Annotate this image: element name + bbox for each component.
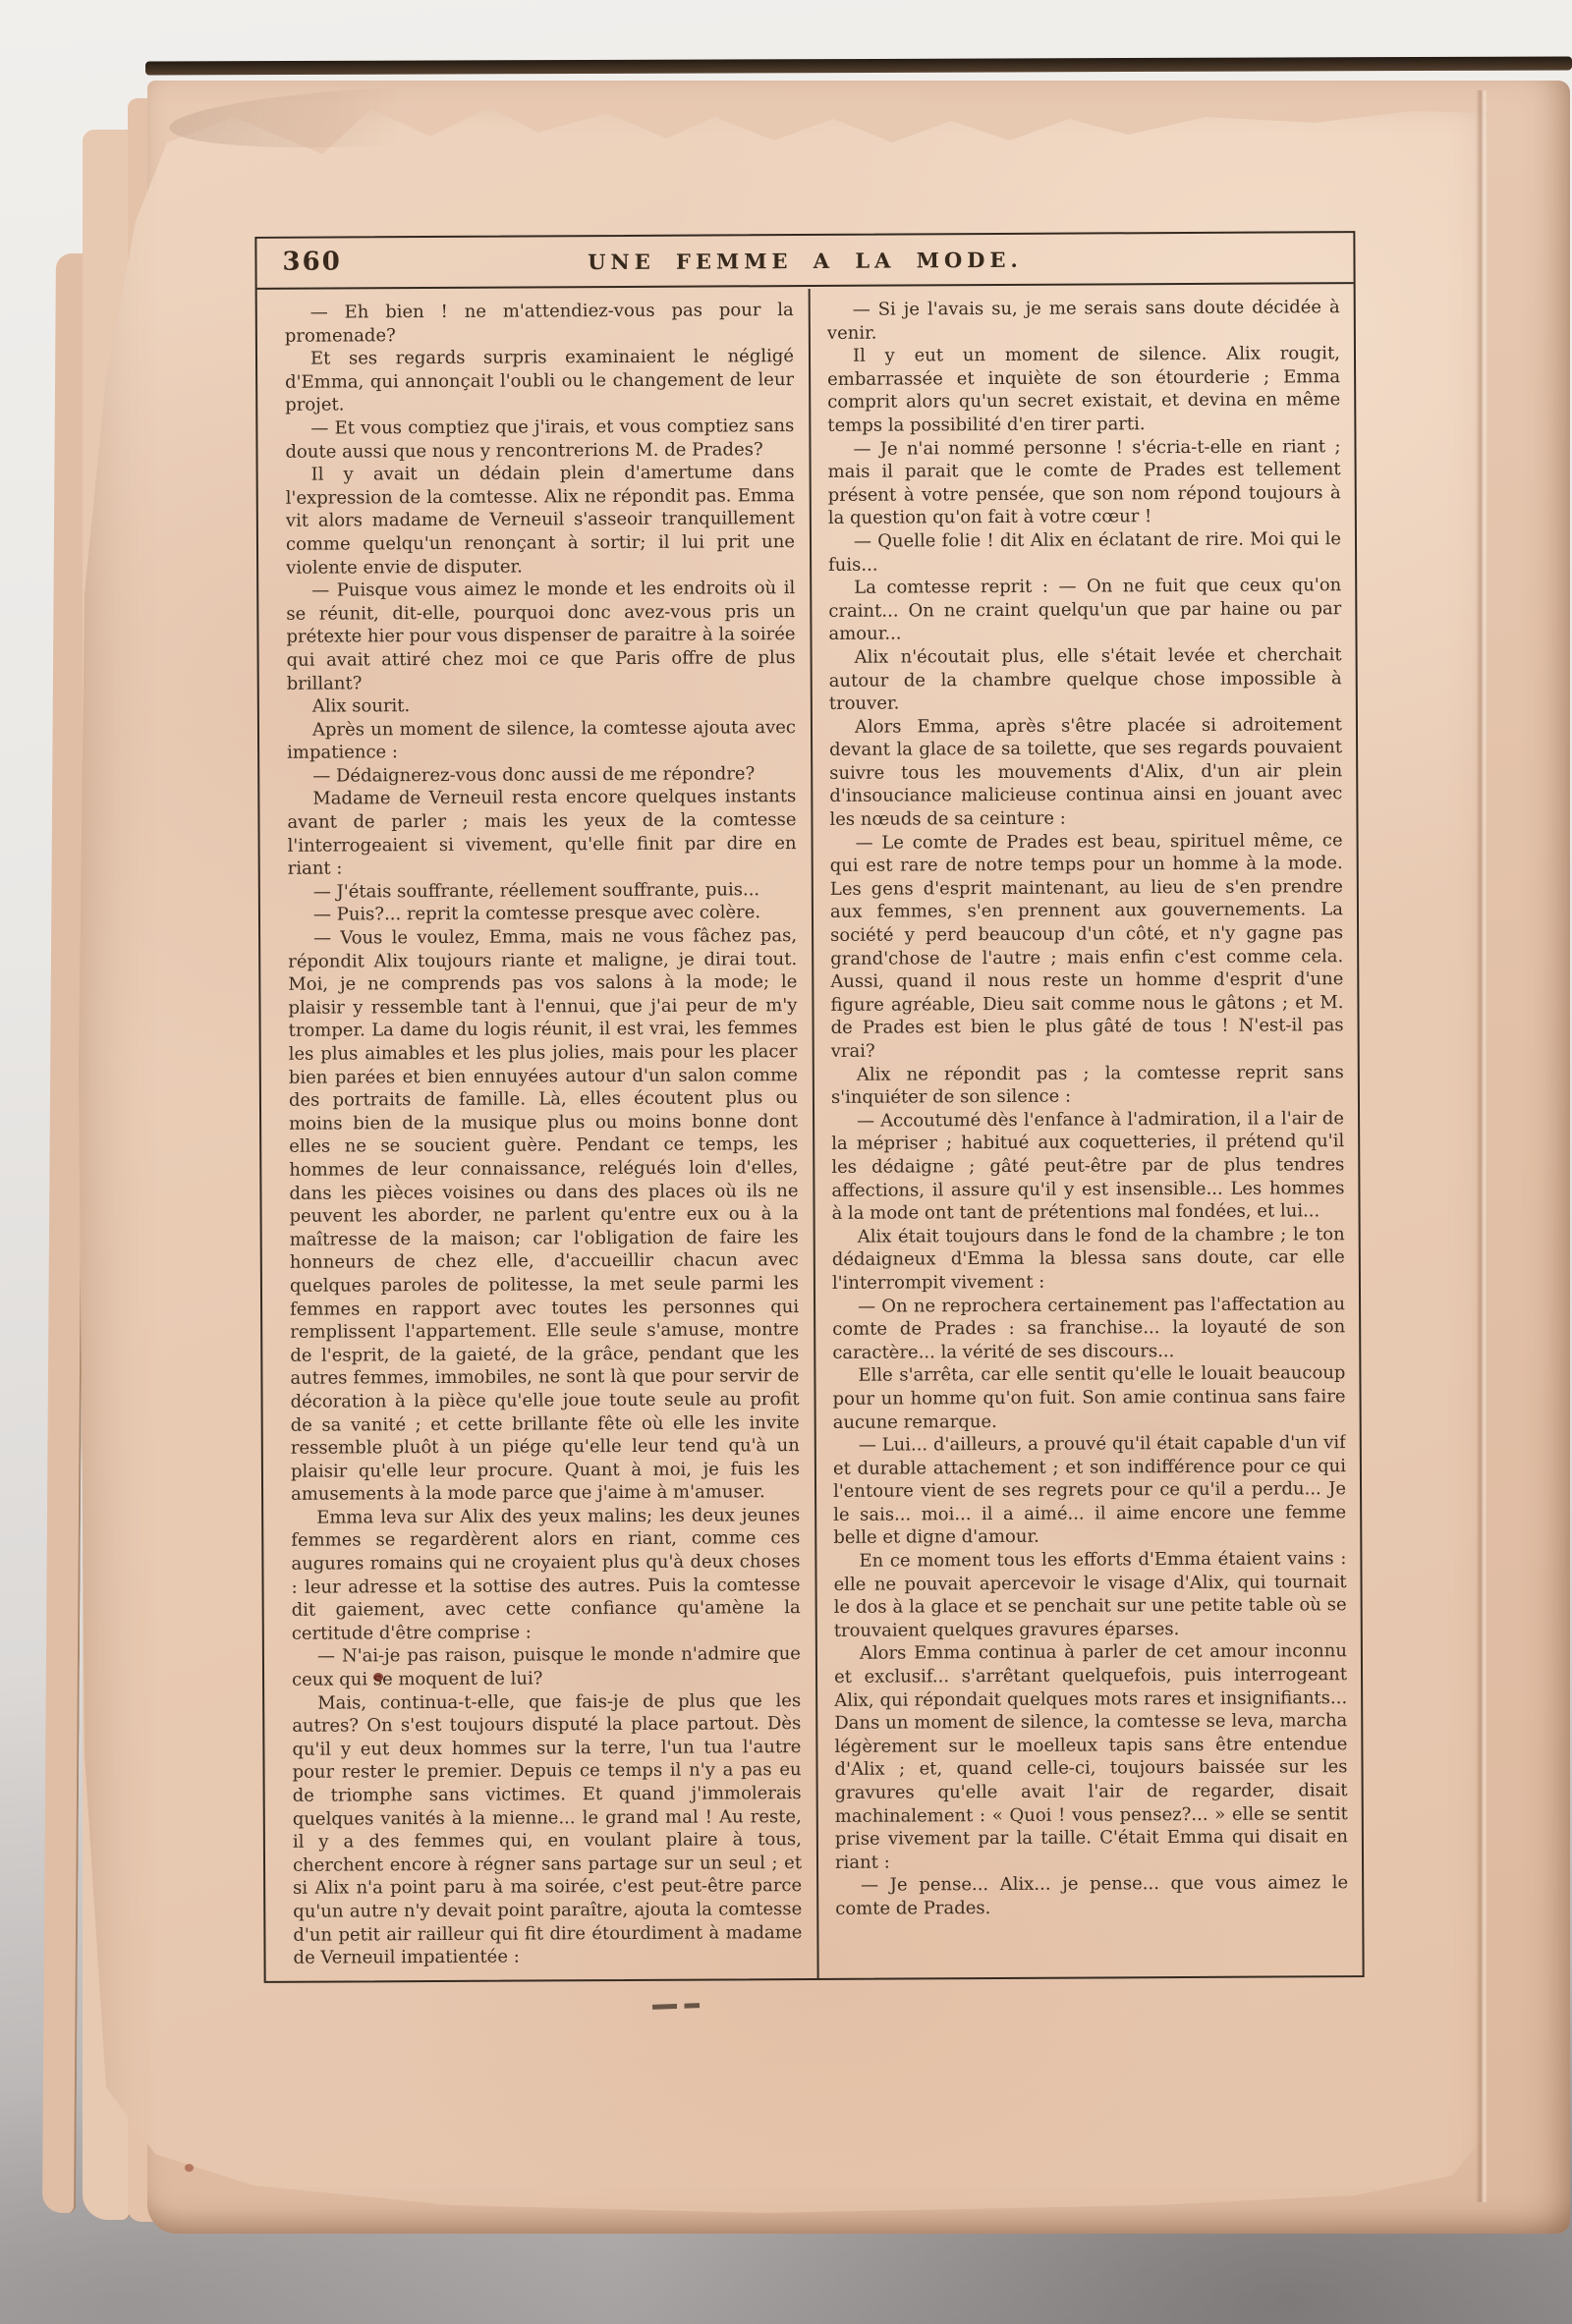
page-title: UNE FEMME A LA MODE. (256, 233, 1353, 290)
paragraph: Alix était toujours dans le fond de la c… (832, 1223, 1345, 1296)
paragraph: Mais, continua-t-elle, que fais-je de pl… (292, 1689, 802, 1970)
text-column-left: — Eh bien ! ne m'attendiez-vous pas pour… (285, 299, 803, 1975)
paragraph: Il y eut un moment de silence. Alix roug… (827, 342, 1340, 437)
ink-spot (373, 1673, 383, 1682)
paragraph: Et ses regards surpris examinaient le né… (285, 345, 794, 416)
paragraph: — Je pense... Alix... je pense... que vo… (835, 1872, 1348, 1921)
text-column-right: — Si je l'avais su, je me serais sans do… (827, 296, 1349, 1972)
paragraph: Elle s'arrêta, car elle sentit qu'elle l… (832, 1361, 1345, 1434)
paragraph: Emma leva sur Alix des yeux malins; les … (291, 1504, 801, 1645)
paragraph: — Quelle folie ! dit Alix en éclatant de… (828, 527, 1341, 577)
paragraph: — Puisque vous aimez le monde et les end… (286, 577, 796, 695)
paragraph: Il y avait un dédain plein d'amertume da… (286, 461, 796, 580)
paragraph: — Je n'ai nommé personne ! s'écria-t-ell… (827, 435, 1340, 530)
content-frame: 360 UNE FEMME A LA MODE. — Eh bien ! ne … (254, 231, 1364, 1983)
paragraph: — Accoutumé dès l'enfance à l'admiration… (831, 1107, 1345, 1226)
paragraph: — Eh bien ! ne m'attendiez-vous pas pour… (285, 299, 794, 348)
paragraph: La comtesse reprit : — On ne fuit que ce… (828, 574, 1341, 646)
paragraph: Alix sourit. (287, 692, 796, 718)
paragraph: — J'étais souffrante, réellement souffra… (288, 878, 797, 904)
paper-stain-spot (185, 2164, 194, 2172)
page-number: 360 (282, 247, 341, 276)
paragraph: Alix ne répondit pas ; la comtesse repri… (831, 1061, 1344, 1110)
paragraph: — Le comte de Prades est beau, spirituel… (830, 829, 1344, 1064)
paragraph: — N'ai-je pas raison, puisque le monde n… (292, 1642, 801, 1691)
scan-of-book-page: { "document": { "page_number": "360", "t… (0, 0, 1572, 2324)
paragraph: — Si je l'avais su, je me serais sans do… (827, 296, 1340, 345)
paragraph: Alors Emma continua à parler de cet amou… (834, 1640, 1348, 1875)
paragraph: — Puis?... reprit la comtesse presque av… (288, 902, 797, 927)
page-fold-crease (1476, 90, 1488, 2202)
paragraph: Madame de Verneuil resta encore quelques… (287, 786, 796, 881)
column-divider (809, 289, 819, 1978)
paragraph: En ce moment tous les efforts d'Emma éta… (833, 1547, 1346, 1642)
paragraph: Après un moment de silence, la comtesse … (287, 716, 796, 765)
paragraph: — Lui... d'ailleurs, a prouvé qu'il étai… (833, 1431, 1347, 1550)
paragraph: — Et vous comptiez que j'irais, et vous … (285, 415, 794, 464)
paragraph: Alix n'écoutait plus, elle s'était levée… (829, 643, 1342, 716)
paragraph: — Dédaignerez-vous donc aussi de me répo… (287, 762, 796, 788)
paragraph: — Vous le voulez, Emma, mais ne vous fâc… (288, 924, 800, 1507)
text-columns: — Eh bien ! ne m'attendiez-vous pas pour… (257, 286, 1363, 1981)
paragraph: — On ne reprochera certainement pas l'af… (832, 1293, 1345, 1365)
paragraph: Alors Emma, après s'être placée si adroi… (829, 713, 1343, 832)
page-header: 360 UNE FEMME A LA MODE. (256, 233, 1353, 290)
